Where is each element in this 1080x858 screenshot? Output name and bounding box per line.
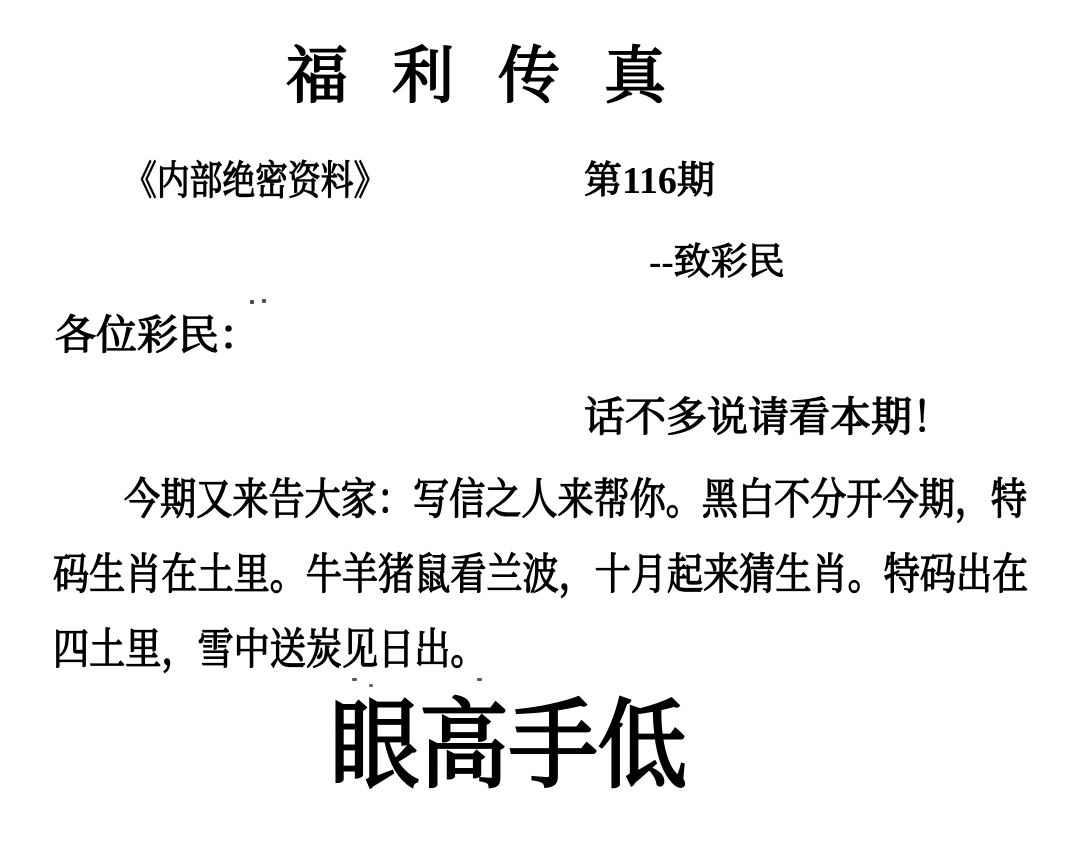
scan-speck bbox=[369, 684, 373, 687]
scan-speck bbox=[262, 299, 266, 303]
opening-line: 话不多说请看本期！ bbox=[584, 397, 953, 438]
dedication-line: --致彩民 bbox=[649, 244, 785, 281]
greeting-line: 各位彩民： bbox=[55, 315, 260, 356]
issue-number: 第116期 bbox=[584, 162, 715, 200]
scan-speck bbox=[352, 678, 357, 681]
fax-document-page: 福利传真 《内部绝密资料》 第116期 --致彩民 各位彩民： 话不多说请看本期… bbox=[0, 0, 1080, 858]
page-title: 福利传真 bbox=[286, 46, 710, 108]
body-text-line-3: 四土里，雪中送炭见日出。 bbox=[53, 629, 486, 672]
scan-speck bbox=[250, 300, 254, 304]
body-text-line-1: 今期又来告大家：写信之人来帮你。黑白不分开今期，特 bbox=[124, 479, 1027, 522]
scan-speck bbox=[477, 678, 482, 681]
classification-label: 《内部绝密资料》 bbox=[124, 161, 386, 201]
body-text-line-2: 码生肖在土里。牛羊猪鼠看兰波，十月起来猜生肖。特码出在 bbox=[53, 554, 1028, 597]
slogan-text: 眼高手低 bbox=[330, 698, 687, 795]
